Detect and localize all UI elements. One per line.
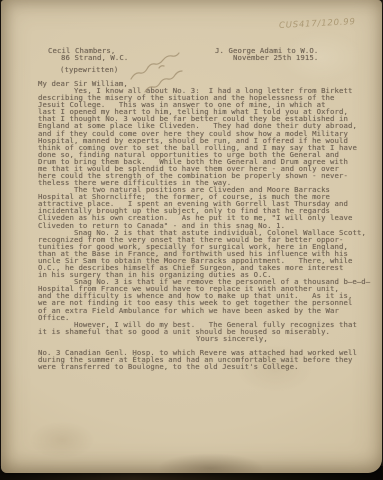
closing: Yours sincerely, <box>38 335 368 342</box>
paragraph-2: The two natural positions are Cliveden a… <box>38 186 368 228</box>
footnote: No. 3 Canadian Genl. Hosp. to which Reve… <box>38 349 368 370</box>
sender-address-line2: 86 Strand, W.C. <box>48 54 128 61</box>
correspondent-and-date: J. George Adami to W.O. November 25th 19… <box>215 47 318 61</box>
paragraph-4: Snag No. 3 is that if we remove the pers… <box>38 278 368 320</box>
letter-page: CUS417/120.99 Cecil Chambers, 86 Strand,… <box>1 0 382 473</box>
sender-address: Cecil Chambers, 86 Strand, W.C. <box>48 47 128 61</box>
paragraph-5: However, I will do my best. The General … <box>38 321 368 335</box>
scanned-letter-photo: { "annotations": { "archive_ref": "CUS41… <box>0 0 383 480</box>
paragraph-3: Snag No. 2 is that that astute individua… <box>38 229 368 279</box>
archive-reference-pencil-note: CUS417/120.99 <box>279 17 356 31</box>
typewritten-note: (typewritten) <box>60 66 118 73</box>
letter-body: My dear Sir William, Yes, I know all abo… <box>38 80 368 370</box>
date-line: November 25th 1915. <box>215 54 318 61</box>
paragraph-1: Yes, I know all about No. 3: I had a lon… <box>38 87 368 186</box>
